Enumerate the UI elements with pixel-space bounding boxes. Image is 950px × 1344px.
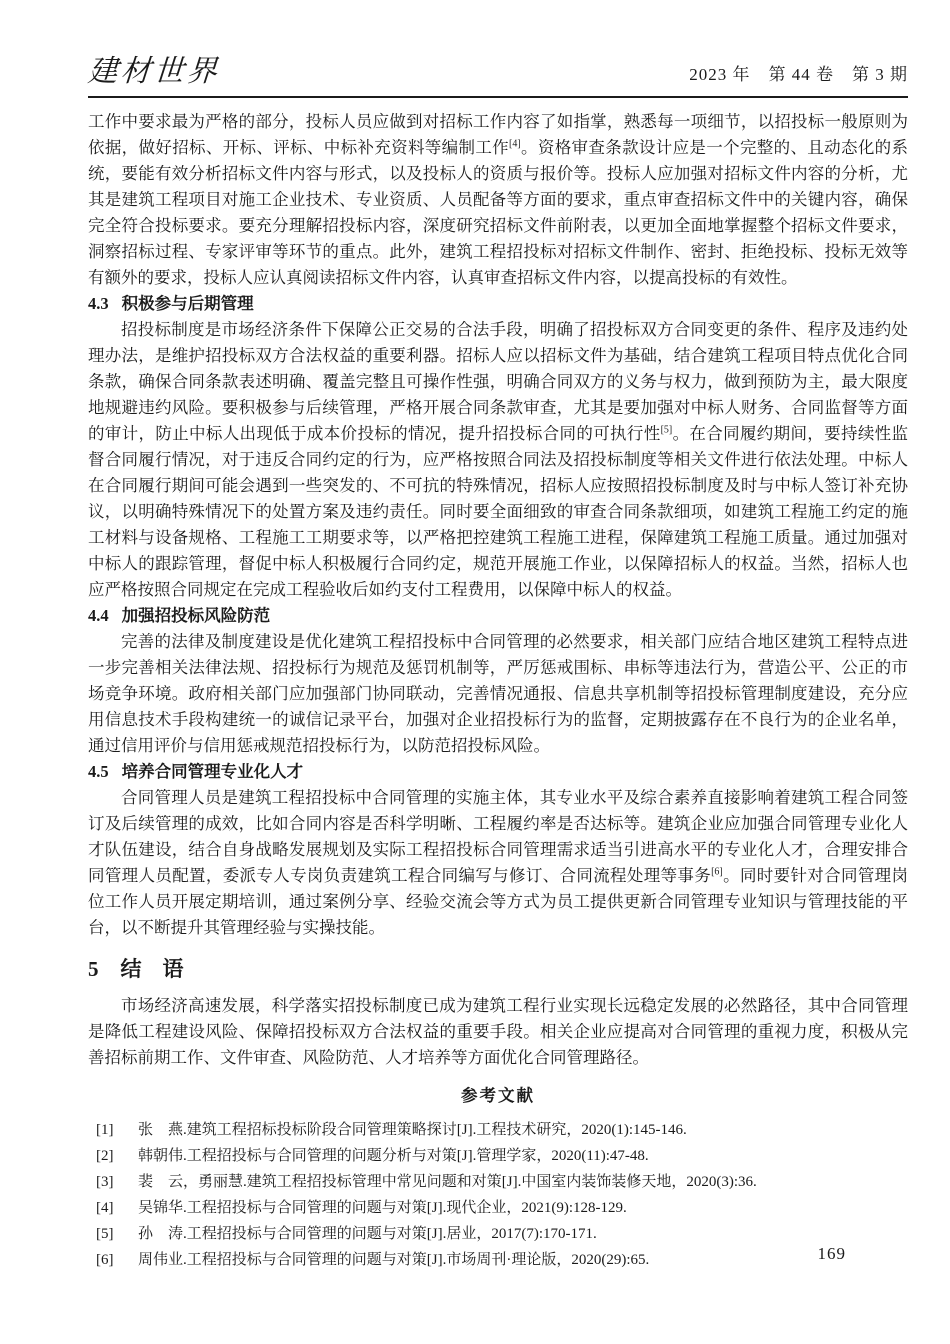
reference-number: [5] [96, 1221, 126, 1247]
reference-number: [2] [96, 1143, 126, 1169]
section-title: 积极参与后期管理 [122, 294, 254, 313]
paragraph-4-4: 完善的法律及制度建设是优化建筑工程招投标中合同管理的必然要求，相关部门应结合地区… [88, 629, 908, 759]
journal-logo: 建材世界 [86, 46, 221, 90]
reference-text: 裴 云，勇丽慧.建筑工程招投标管理中常见问题和对策[J].中国室内装饰装修天地，… [138, 1169, 908, 1195]
section-heading-4-4: 4.4加强招投标风险防范 [88, 603, 908, 629]
reference-number: [1] [96, 1117, 126, 1143]
citation-marker-4: [4] [509, 139, 521, 150]
article-body: 工作中要求最为严格的部分，投标人员应做到对招标工作内容了如指掌，熟悉每一项细节，… [88, 109, 908, 1273]
reference-list: [1] 张 燕.建筑工程招标投标阶段合同管理策略探讨[J].工程技术研究，202… [88, 1117, 908, 1273]
page-header: 建材世界 2023 年 第 44 卷 第 3 期 [88, 0, 908, 90]
reference-number: [4] [96, 1195, 126, 1221]
paragraph-intro-continued: 工作中要求最为严格的部分，投标人员应做到对招标工作内容了如指掌，熟悉每一项细节，… [88, 109, 908, 291]
paragraph-5: 市场经济高速发展，科学落实招投标制度已成为建筑工程行业实现长远稳定发展的必然路径… [88, 993, 908, 1071]
section-number: 5 [88, 957, 99, 981]
reference-item: [3] 裴 云，勇丽慧.建筑工程招投标管理中常见问题和对策[J].中国室内装饰装… [88, 1169, 908, 1195]
reference-text: 张 燕.建筑工程招标投标阶段合同管理策略探讨[J].工程技术研究，2020(1)… [138, 1117, 908, 1143]
reference-item: [2] 韩朝伟.工程招投标与合同管理的问题分析与对策[J].管理学家，2020(… [88, 1143, 908, 1169]
paragraph-4-5: 合同管理人员是建筑工程招投标中合同管理的实施主体，其专业水平及综合素养直接影响着… [88, 785, 908, 941]
reference-text: 孙 涛.工程招投标与合同管理的问题与对策[J].居业，2017(7):170-1… [138, 1221, 908, 1247]
reference-item: [5] 孙 涛.工程招投标与合同管理的问题与对策[J].居业，2017(7):1… [88, 1221, 908, 1247]
citation-marker-5: [5] [661, 425, 673, 436]
issue-info: 2023 年 第 44 卷 第 3 期 [689, 60, 908, 90]
section-title: 加强招投标风险防范 [122, 606, 271, 625]
reference-number: [6] [96, 1247, 126, 1273]
reference-number: [3] [96, 1169, 126, 1195]
reference-text: 吴锦华.工程招投标与合同管理的问题与对策[J].现代企业，2021(9):128… [138, 1195, 908, 1221]
reference-item: [1] 张 燕.建筑工程招标投标阶段合同管理策略探讨[J].工程技术研究，202… [88, 1117, 908, 1143]
section-number: 4.4 [88, 606, 109, 625]
section-heading-4-5: 4.5培养合同管理专业化人才 [88, 759, 908, 785]
section-number: 4.5 [88, 762, 109, 781]
reference-item: [6] 周伟业.工程招投标与合同管理的问题与对策[J].市场周刊·理论版，202… [88, 1247, 908, 1273]
section-number: 4.3 [88, 294, 109, 313]
section-heading-4-3: 4.3积极参与后期管理 [88, 291, 908, 317]
s43-text-after-citation: 。在合同履约期间，要持续性监督合同履行情况，对于违反合同约定的行为，应严格按照合… [88, 424, 908, 599]
references-heading: 参考文献 [88, 1083, 908, 1109]
section-title: 结 语 [121, 957, 184, 981]
header-divider [88, 96, 908, 98]
section-title: 培养合同管理专业化人才 [122, 762, 304, 781]
intro-text-after-citation: 。资格审查条款设计应是一个完整的、且动态化的系统，要能有效分析招标文件内容与形式… [88, 138, 908, 287]
page-number: 169 [818, 1244, 847, 1264]
reference-text: 韩朝伟.工程招投标与合同管理的问题分析与对策[J].管理学家，2020(11):… [138, 1143, 908, 1169]
section-heading-5: 5结 语 [88, 955, 908, 983]
paper-page: 建材世界 2023 年 第 44 卷 第 3 期 工作中要求最为严格的部分，投标… [0, 0, 950, 1344]
citation-marker-6: [6] [711, 867, 723, 878]
reference-text: 周伟业.工程招投标与合同管理的问题与对策[J].市场周刊·理论版，2020(29… [138, 1247, 908, 1273]
reference-item: [4] 吴锦华.工程招投标与合同管理的问题与对策[J].现代企业，2021(9)… [88, 1195, 908, 1221]
paragraph-4-3: 招投标制度是市场经济条件下保障公正交易的合法手段，明确了招投标双方合同变更的条件… [88, 317, 908, 603]
